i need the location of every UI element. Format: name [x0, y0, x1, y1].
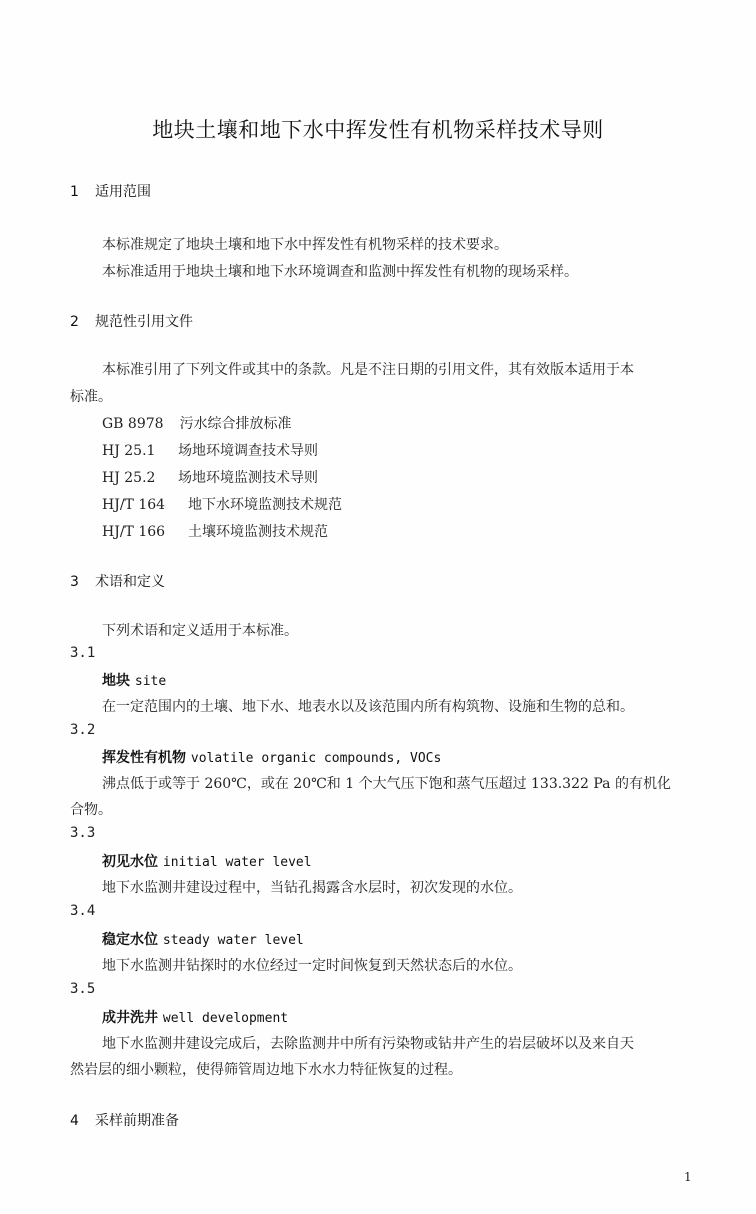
reference-item: HJ/T 164地下水环境监测技术规范	[102, 494, 342, 514]
term-definition: 地下水监测井建设过程中，当钻孔揭露含水层时，初次发现的水位。	[102, 877, 522, 897]
term-definition: 地下水监测井建设完成后，去除监测井中所有污染物或钻井产生的岩层破坏以及来自天	[102, 1033, 634, 1053]
reference-item: HJ 25.2场地环境监测技术导则	[102, 467, 318, 487]
paragraph-continuation: 标准。	[70, 386, 112, 406]
term-definition: 地下水监测井钻探时的水位经过一定时间恢复到天然状态后的水位。	[102, 955, 522, 975]
term-number: 3.3	[70, 825, 95, 841]
section-1-heading: 1适用范围	[70, 181, 151, 201]
reference-code: HJ/T 166	[102, 524, 172, 540]
reference-name: 污水综合排放标准	[180, 416, 292, 432]
section-title: 术语和定义	[95, 574, 165, 590]
page-number: 1	[684, 1170, 692, 1184]
section-title: 适用范围	[95, 184, 151, 200]
section-number: 2	[70, 314, 95, 330]
reference-code: HJ/T 164	[102, 497, 172, 513]
term-definition: 在一定范围内的土壤、地下水、地表水以及该范围内所有构筑物、设施和生物的总和。	[102, 696, 634, 716]
paragraph: 本标准规定了地块土壤和地下水中挥发性有机物采样的技术要求。	[102, 234, 508, 254]
term-zh: 初见水位	[102, 854, 158, 870]
term-en: initial water level	[163, 855, 312, 870]
term-en: well development	[163, 1011, 288, 1026]
section-number: 1	[70, 184, 95, 200]
term-zh: 挥发性有机物	[102, 750, 186, 766]
term-definition-continuation: 合物。	[70, 799, 112, 819]
term-number: 3.2	[70, 722, 95, 738]
section-2-heading: 2规范性引用文件	[70, 311, 193, 331]
term-number: 3.1	[70, 645, 95, 661]
term-title: 初见水位 initial water level	[102, 851, 312, 871]
reference-name: 场地环境调查技术导则	[178, 443, 318, 459]
term-zh: 稳定水位	[102, 932, 158, 948]
term-zh: 成井洗井	[102, 1010, 158, 1026]
section-number: 3	[70, 574, 95, 590]
reference-code: GB 8978	[102, 416, 164, 432]
term-title: 挥发性有机物 volatile organic compounds, VOCs	[102, 747, 441, 767]
paragraph: 下列术语和定义适用于本标准。	[102, 620, 298, 640]
reference-name: 地下水环境监测技术规范	[188, 497, 342, 513]
term-en: steady water level	[163, 933, 304, 948]
term-en: site	[135, 674, 166, 689]
paragraph: 本标准引用了下列文件或其中的条款。凡是不注日期的引用文件，其有效版本适用于本	[102, 359, 634, 379]
section-4-heading: 4采样前期准备	[70, 1110, 179, 1130]
section-number: 4	[70, 1113, 95, 1129]
paragraph: 本标准适用于地块土壤和地下水环境调查和监测中挥发性有机物的现场采样。	[102, 261, 578, 281]
reference-code: HJ 25.2	[102, 470, 162, 486]
reference-item: GB 8978污水综合排放标准	[102, 413, 292, 433]
term-number: 3.5	[70, 981, 95, 997]
document-title: 地块土壤和地下水中挥发性有机物采样技术导则	[0, 114, 756, 144]
term-definition: 沸点低于或等于 260℃，或在 20℃和 1 个大气压下饱和蒸气压超过 133.…	[102, 773, 671, 793]
term-number: 3.4	[70, 903, 95, 919]
term-title: 稳定水位 steady water level	[102, 929, 304, 949]
term-zh: 地块	[102, 673, 130, 689]
term-title: 成井洗井 well development	[102, 1007, 288, 1027]
term-en: volatile organic compounds, VOCs	[191, 751, 441, 766]
term-definition-continuation: 然岩层的细小颗粒，使得筛管周边地下水水力特征恢复的过程。	[70, 1059, 462, 1079]
term-title: 地块 site	[102, 670, 166, 690]
reference-item: HJ 25.1场地环境调查技术导则	[102, 440, 318, 460]
reference-code: HJ 25.1	[102, 443, 162, 459]
reference-item: HJ/T 166土壤环境监测技术规范	[102, 521, 328, 541]
reference-name: 土壤环境监测技术规范	[188, 524, 328, 540]
section-title: 规范性引用文件	[95, 314, 193, 330]
document-page: 地块土壤和地下水中挥发性有机物采样技术导则 1适用范围 本标准规定了地块土壤和地…	[0, 0, 756, 1214]
section-3-heading: 3术语和定义	[70, 571, 165, 591]
reference-name: 场地环境监测技术导则	[178, 470, 318, 486]
section-title: 采样前期准备	[95, 1113, 179, 1129]
